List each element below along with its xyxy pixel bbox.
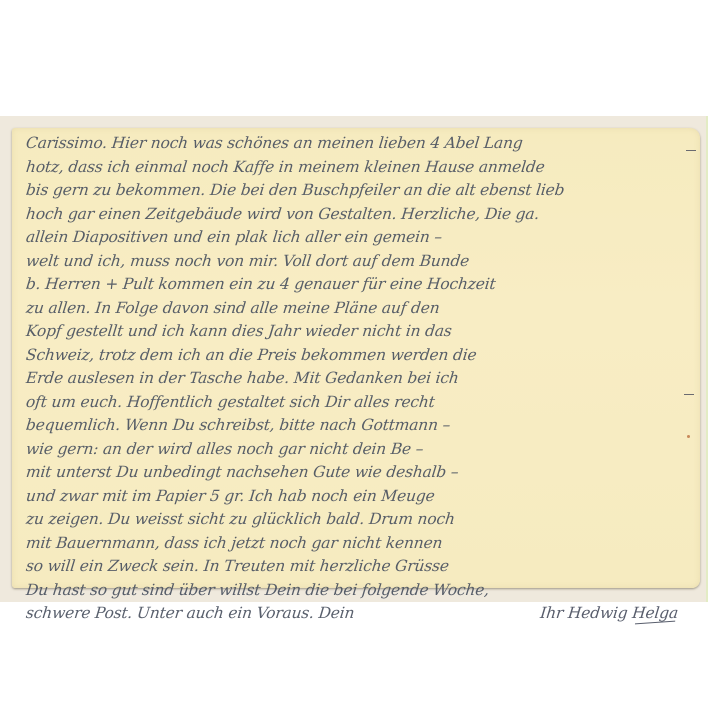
text-line: bis gern zu bekommen. Die bei den Buschp… <box>25 179 697 203</box>
postcard: Carissimo. Hier noch was schönes an mein… <box>12 128 700 588</box>
text-line: und zwar mit im Papier 5 gr. Ich hab noc… <box>25 485 697 509</box>
margin-hyphen-mark <box>686 150 696 151</box>
text-line: so will ein Zweck sein. In Treuten mit h… <box>25 555 697 579</box>
text-line: mit Bauernmann, dass ich jetzt noch gar … <box>25 532 697 556</box>
margin-hyphen-mark <box>684 394 694 395</box>
text-line: zu zeigen. Du weisst sicht zu glücklich … <box>25 508 697 532</box>
text-line: zu allen. In Folge davon sind alle meine… <box>25 297 697 321</box>
paper-speck <box>687 435 690 438</box>
text-line: oft um euch. Hoffentlich gestaltet sich … <box>25 391 697 415</box>
text-line: bequemlich. Wenn Du schreibst, bitte nac… <box>25 414 697 438</box>
closing-line: schwere Post. Unter auch ein Voraus. Dei… <box>25 602 697 626</box>
text-line: Kopf gestellt und ich kann dies Jahr wie… <box>25 320 697 344</box>
text-line: welt und ich, muss noch von mir. Voll do… <box>25 250 697 274</box>
text-line: Erde auslesen in der Tasche habe. Mit Ge… <box>25 367 697 391</box>
text-line: Carissimo. Hier noch was schönes an mein… <box>25 132 697 156</box>
text-line: Du hast so gut sind über willst Dein die… <box>25 579 697 603</box>
text-line: mit unterst Du unbedingt nachsehen Gute … <box>25 461 697 485</box>
text-line: wie gern: an der wird alles noch gar nic… <box>25 438 697 462</box>
text-line: Schweiz, trotz dem ich an die Preis beko… <box>25 344 697 368</box>
text-line: allein Diapositiven und ein plak lich al… <box>25 226 697 250</box>
text-line: hoch gar einen Zeitgebäude wird von Gest… <box>25 203 697 227</box>
text-line: b. Herren + Pult kommen ein zu 4 genauer… <box>25 273 697 297</box>
closing-text: schwere Post. Unter auch ein Voraus. Dei… <box>25 604 355 622</box>
handwritten-text: Carissimo. Hier noch was schönes an mein… <box>26 132 696 626</box>
text-line: hotz, dass ich einmal noch Kaffe in mein… <box>25 156 697 180</box>
